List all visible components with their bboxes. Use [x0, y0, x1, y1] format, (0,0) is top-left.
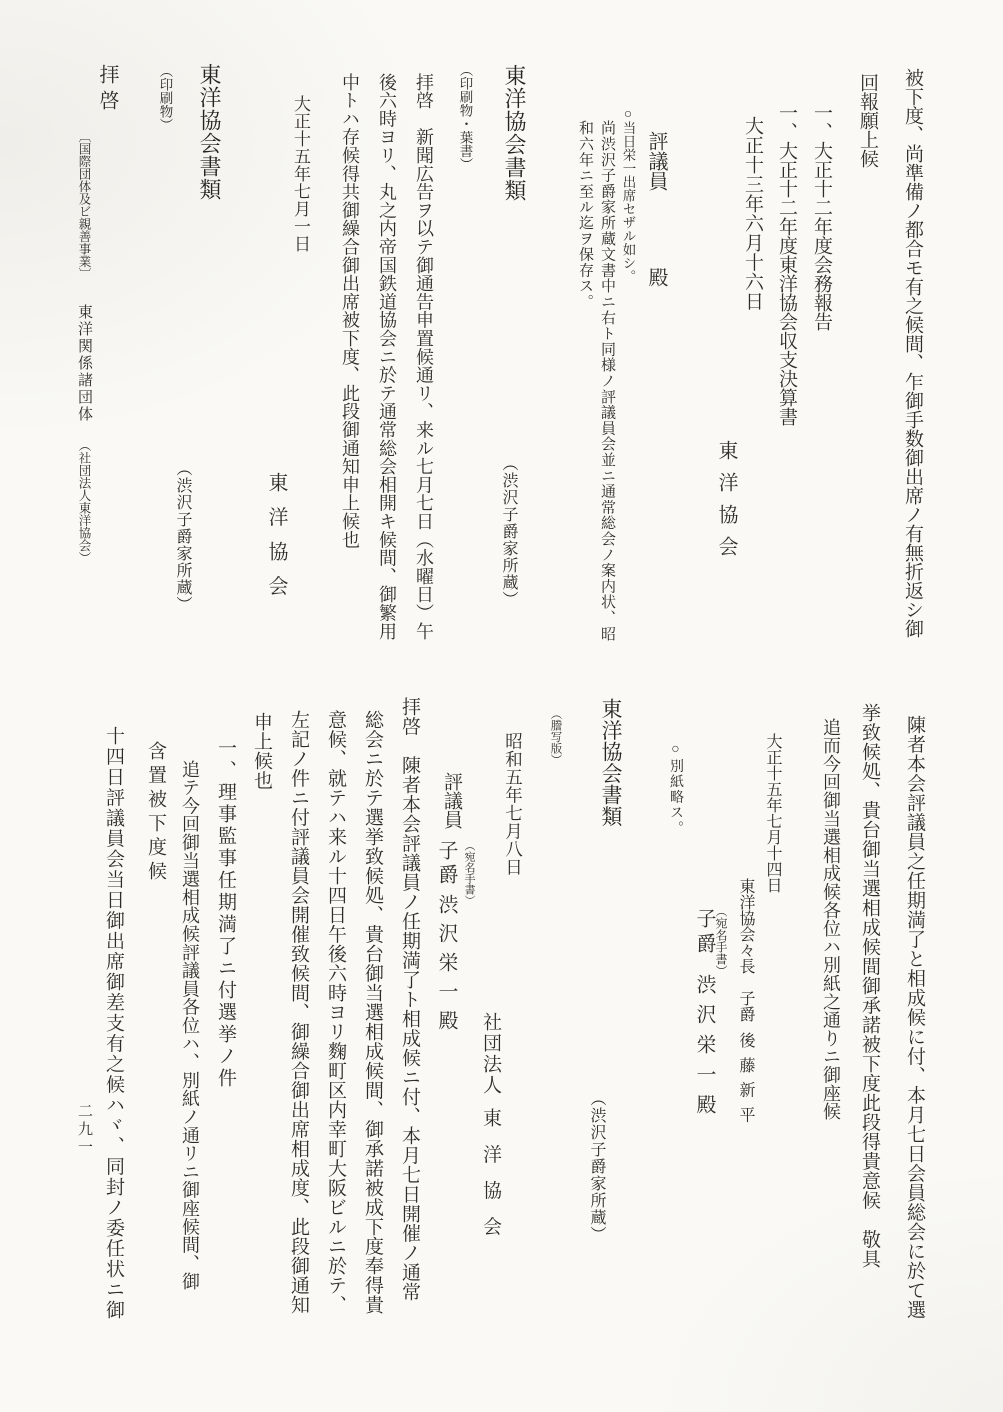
doc4-title: 東洋協会書類: [600, 698, 621, 827]
doc3-sender-title: 東洋協会々長 子爵: [737, 878, 754, 1022]
doc4-body-line-1: 拝啓 陳者本会評議員ノ任期満了ト相成候ニ付、本月七日開催ノ通常: [400, 697, 419, 1302]
doc4-sender-prefix: 社団法人: [480, 1012, 501, 1096]
doc3-date: 大正十五年七月十四日: [764, 733, 780, 893]
doc3-editor-note-attachment: ○別紙略ス。: [668, 742, 682, 836]
doc4-body-line-2: 総会ニ於テ選挙致候処、貴台御当選相成候間、御承諾被成下度奉得貴: [363, 710, 382, 1315]
doc1-editor-note-archive-2: 和六年ニ至ル迄ヲ保存ス。: [577, 120, 592, 310]
doc1-addressee-role: 評議員: [645, 131, 667, 191]
doc2-title: 東洋協会書類: [503, 64, 525, 202]
doc4-addressee-title: 子爵: [435, 840, 457, 888]
doc3-postscript: 追而今回御当選相成候各位ハ別紙之通りニ御座候: [822, 718, 840, 1121]
doc3-addressee-title: 子爵: [693, 908, 715, 958]
margin-org: （社団法人東洋協会）: [77, 439, 91, 564]
doc4-sender: 社団法人東洋協会: [481, 1012, 500, 1252]
doc3-body-line-2: 挙致候処、貴台御当選相成候間御承諾被下度此段得貴意候 敬具: [860, 703, 879, 1269]
doc3-addressee-name: 渋沢栄一殿: [693, 974, 715, 1124]
doc3-body-line-1: 陳者本会評議員之任期満了と相成候に付、本月七日会員総会に於て選: [905, 715, 924, 1320]
doc3-addressee: 子爵渋沢栄一殿: [694, 908, 714, 1124]
doc1-agenda-item-2: 一、大正十二年度東洋協会収支決算書: [777, 103, 796, 426]
margin-group: 東洋関係諸団体: [76, 304, 92, 423]
doc1-addressee: 評議員殿: [646, 131, 666, 287]
doc1-agenda-item-1: 一、大正十二年度会務報告: [812, 103, 831, 331]
page-number: 二九一: [76, 1103, 91, 1157]
doc4-subtitle: （謄写版）: [549, 708, 561, 766]
doc1-editor-note-archive-1: 尚渋沢子爵家所蔵文書中ニ右ト同様ノ評議員会並ニ通常総会ノ案内状、昭: [599, 120, 614, 641]
doc1-body-line-1: 被下度、尚準備ノ都合モ有之候間、乍御手数御出席ノ有無折返シ御: [903, 68, 922, 638]
doc4-postscript-line-3: 十四日評議員会当日御出席御差支有之候ハヾ、同封ノ委任状ニ御: [104, 726, 123, 1321]
doc1-body-line-2: 回報願上候: [858, 73, 877, 168]
scanned-book-page: 被下度、尚準備ノ都合モ有之候間、乍御手数御出席ノ有無折返シ御 回報願上候 一、大…: [0, 0, 1003, 1412]
doc2-source: （渋沢子爵家所蔵）: [500, 455, 516, 608]
doc2-sender: 東洋協会: [266, 472, 286, 610]
doc3-addressee-note: （宛名手書）: [715, 905, 727, 977]
doc4-body-line-4: 左記ノ件ニ付評議員会開催致候間、御繰合御出席相成度、此段御通知: [289, 710, 308, 1315]
doc4-addressee-name: 渋沢栄一殿: [435, 894, 457, 1039]
doc3-source: （渋沢子爵家所蔵）: [174, 460, 190, 613]
doc2-body-line-3: 中トハ存候得共御繰合御出席被下度、此段御通知申上候也: [341, 73, 359, 549]
doc3-sender: 東洋協会々長 子爵後藤新平: [737, 878, 753, 1131]
doc4-sender-org: 東洋協会: [480, 1108, 501, 1252]
doc3-opening: 拝啓: [97, 64, 117, 116]
doc3-title: 東洋協会書類: [198, 63, 220, 201]
doc1-date: 大正十三年六月十六日: [743, 116, 762, 311]
doc1-sender: 東洋協会: [716, 440, 736, 568]
doc2-body-line-1: 拝啓 新聞広告ヲ以テ御通告申置候通リ、来ル七月七日（水曜日）午: [415, 73, 433, 640]
doc4-addressee: 子爵渋沢栄一殿: [436, 840, 456, 1039]
doc4-source: （渋沢子爵家所蔵）: [588, 1090, 604, 1243]
doc3-sender-name: 後藤新平: [737, 1032, 754, 1131]
doc4-postscript-line-2: 含置被下度候: [146, 741, 165, 885]
doc1-addressee-honorific: 殿: [645, 267, 667, 287]
margin-section-label: 〔国際団体及ビ親善事業〕東洋関係諸団体（社団法人東洋協会）: [76, 130, 92, 564]
doc4-addressee-role: 評議員: [442, 772, 461, 829]
doc1-editor-note-attendance: ○当日栄一出席セザル如シ。: [621, 106, 635, 283]
doc2-body-line-2: 後六時ヨリ、丸之内帝国鉄道協会ニ於テ通常総会相開キ候間、御繁用: [378, 73, 396, 640]
doc4-postscript-line-1: 追テ今回御当選相成候評議員各位ハ、別紙ノ通リニ御座候間、御: [181, 760, 199, 1291]
doc4-body-line-3: 意候、就テハ来ル十四日午後六時ヨリ麴町区内幸町大阪ビルニ於テ、: [326, 710, 345, 1315]
doc4-date: 昭和五年七月八日: [504, 732, 522, 876]
doc3-subtitle: （印刷物）: [158, 64, 172, 132]
margin-category: 〔国際団体及ビ親善事業〕: [77, 130, 91, 280]
doc4-addressee-note: （宛名手書）: [463, 840, 474, 906]
doc4-agenda-item: 一、理事監事任期満了ニ付選挙ノ件: [216, 738, 235, 1090]
doc4-body-line-5: 申上候也: [252, 712, 271, 790]
doc2-subtitle: （印刷物・葉書）: [458, 63, 472, 171]
doc2-date: 大正十五年七月一日: [292, 95, 309, 253]
